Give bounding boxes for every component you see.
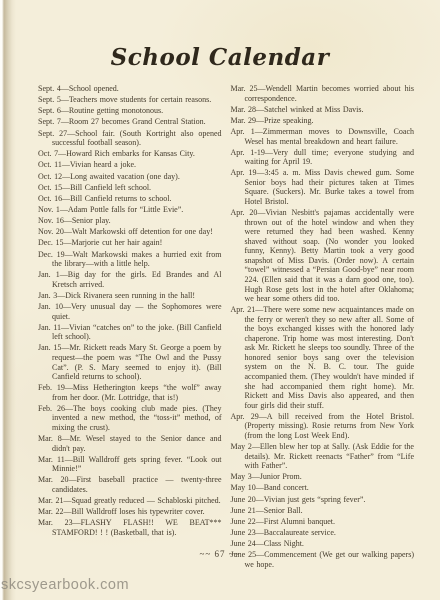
calendar-entry: Nov. 1—Adam Pottle falls for “Little Evi… <box>38 205 222 215</box>
calendar-entry: Jan. 15—Mr. Rickett reads Mary St. Georg… <box>38 343 222 381</box>
calendar-entry: Mar. 28—Satchel winked at Miss Davis. <box>231 105 415 115</box>
calendar-entry: June 23—Baccalaureate service. <box>231 528 415 538</box>
page-number: ~~ 67 ~~ <box>0 549 440 559</box>
calendar-entry: June 20—Vivian just gets “spring fever”. <box>231 495 415 505</box>
calendar-entry: Sept. 5—Teachers move students for certa… <box>38 95 222 105</box>
calendar-entry: Sept. 6—Routine getting monotonous. <box>38 106 222 116</box>
calendar-entry: Oct. 16—Bill Canfield returns to school. <box>38 194 222 204</box>
calendar-entry: Sept. 4—School opened. <box>38 84 222 94</box>
calendar-entry: Sept. 27—School fair. (South Kortright a… <box>38 129 222 148</box>
calendar-entry: Mar. 8—Mr. Wesel stayed to the Senior da… <box>38 434 222 453</box>
yearbook-page: School Calendar Sept. 4—School opened. S… <box>0 0 440 600</box>
calendar-entry: Oct. 12—Long awaited vacation (one day). <box>38 172 222 182</box>
page-title: School Calendar <box>0 0 440 71</box>
calendar-entry: Feb. 19—Miss Hetherington keeps “the wol… <box>38 383 222 402</box>
calendar-entry: Apr. 19—3:45 a. m. Miss Davis chewed gum… <box>231 168 415 206</box>
calendar-entry: Mar. 29—Prize speaking. <box>231 116 415 126</box>
calendar-entry: Jan. 11—Vivian “catches on” to the joke.… <box>38 323 222 342</box>
calendar-entry: Sept. 7—Room 27 becomes Grand Central St… <box>38 117 222 127</box>
calendar-entry: Apr. 1-19—Very dull time; everyone study… <box>231 148 415 167</box>
calendar-entry: Apr. 1—Zimmerman moves to Downsville, Co… <box>231 127 415 146</box>
calendar-entry: Apr. 20—Vivian Nesbitt's pajamas acciden… <box>231 208 415 303</box>
calendar-entry: Oct. 11—Vivian heard a joke. <box>38 160 222 170</box>
calendar-entry: Nov. 16—Senior play. <box>38 216 222 226</box>
calendar-entry: Mar. 11—Bill Walldroff gets spring fever… <box>38 455 222 474</box>
calendar-entry: Mar. 23—FLASHY FLASH!! WE BEAT*** STAMFO… <box>38 518 222 537</box>
calendar-entry: Mar. 25—Wendell Martin becomes worried a… <box>231 84 415 103</box>
calendar-entry: Mar. 21—Squad greatly reduced — Schablos… <box>38 496 222 506</box>
calendar-entry: Nov. 20—Walt Markowski off detention for… <box>38 227 222 237</box>
calendar-entry: May 2—Ellen blew her top at Sally. (Ask … <box>231 442 415 471</box>
page-edge-shadow <box>0 0 16 600</box>
calendar-entry: June 21—Senior Ball. <box>231 506 415 516</box>
calendar-entry: Jan. 1—Big day for the girls. Ed Brandes… <box>38 270 222 289</box>
calendar-entry: June 22—First Alumni banquet. <box>231 517 415 527</box>
calendar-entry: Oct. 7—Howard Rich embarks for Kansas Ci… <box>38 149 222 159</box>
calendar-entry: Apr. 21—There were some new acquaintance… <box>231 305 415 410</box>
calendar-left-column: Sept. 4—School opened. Sept. 5—Teachers … <box>38 84 222 571</box>
calendar-entry: Oct. 15—Bill Canfield left school. <box>38 183 222 193</box>
calendar-entry: Dec. 19—Walt Markowski makes a hurried e… <box>38 250 222 269</box>
calendar-entry: May 3—Junior Prom. <box>231 472 415 482</box>
calendar-entry: Dec. 15—Marjorie cut her hair again! <box>38 238 222 248</box>
calendar-entry: Jan. 10—Very unusual day — the Sophomore… <box>38 302 222 321</box>
calendar-entry: May 10—Band concert. <box>231 483 415 493</box>
calendar-entry: Apr. 29—A bill received from the Hotel B… <box>231 412 415 441</box>
watermark: skcsyearbook.com <box>1 577 129 593</box>
calendar-entry: Jan. 3—Dick Rivanera seen running in the… <box>38 291 222 301</box>
calendar-entry: June 24—Class Night. <box>231 539 415 549</box>
calendar-entry: Mar. 22—Bill Walldroff loses his typewri… <box>38 507 222 517</box>
calendar-columns: Sept. 4—School opened. Sept. 5—Teachers … <box>38 84 414 571</box>
calendar-right-column: Mar. 25—Wendell Martin becomes worried a… <box>231 84 415 571</box>
calendar-entry: Mar. 20—First baseball practice — twenty… <box>38 475 222 494</box>
calendar-entry: Feb. 26—The boys cooking club made pies.… <box>38 404 222 433</box>
